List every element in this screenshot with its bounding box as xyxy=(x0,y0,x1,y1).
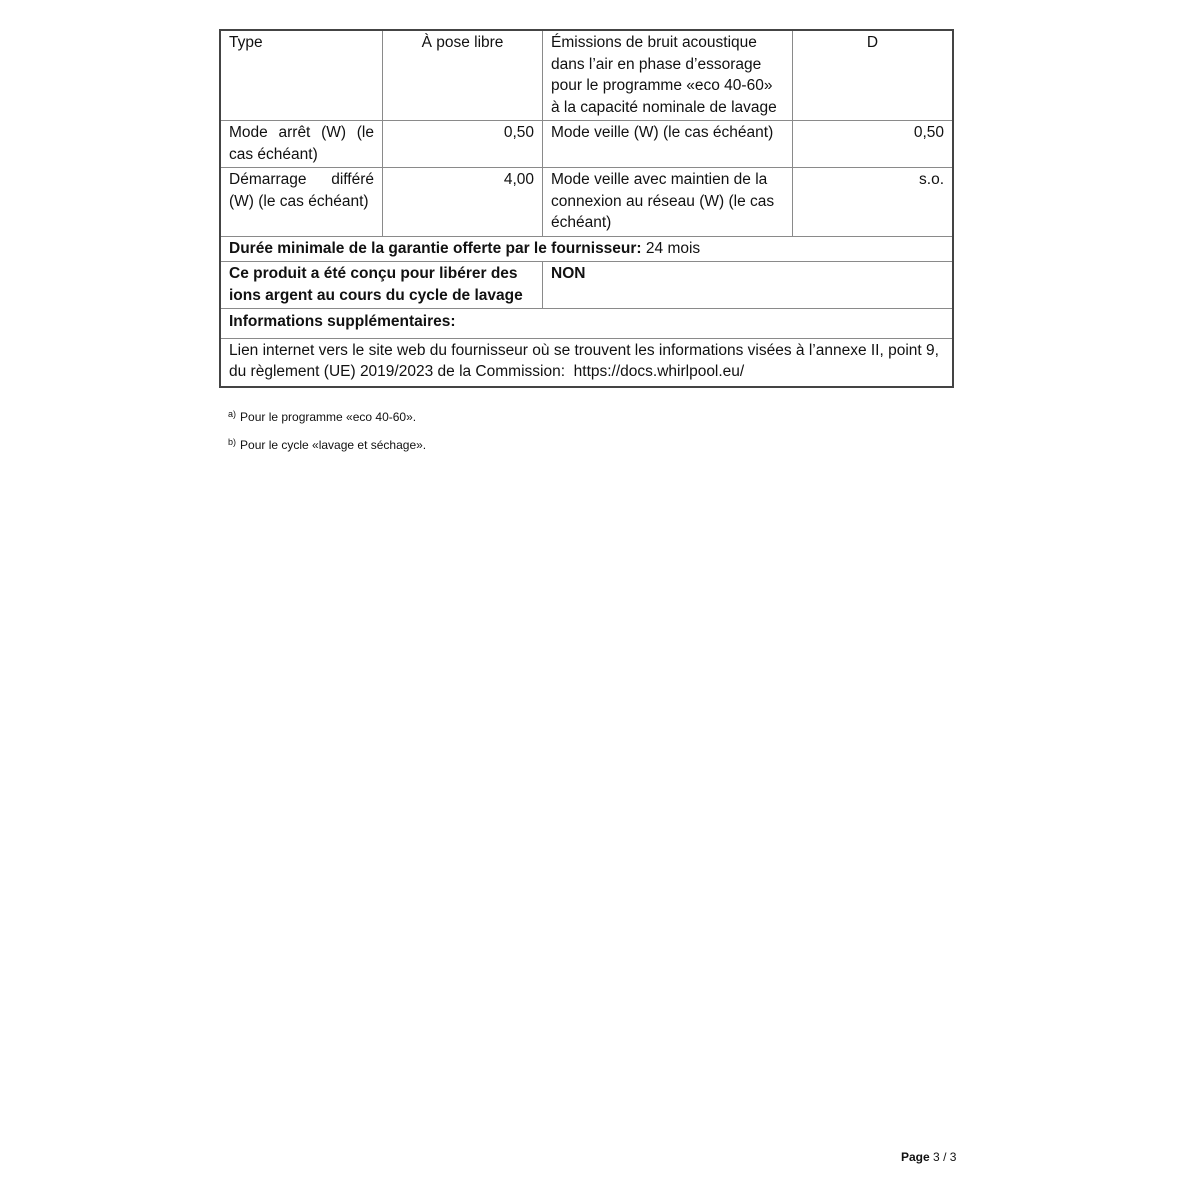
footnote-marker: a) xyxy=(228,409,236,419)
page-number: Page 3 / 3 xyxy=(901,1150,956,1164)
networked-standby-value: s.o. xyxy=(793,168,954,237)
supplier-link-cell: Lien internet vers le site web du fourni… xyxy=(220,338,953,387)
delay-start-value: 4,00 xyxy=(383,168,543,237)
page-label: Page xyxy=(901,1150,930,1164)
footnote-marker: b) xyxy=(228,437,236,447)
off-mode-label: Mode arrêt (W) (le cas échéant) xyxy=(220,121,383,168)
silver-ions-label: Ce produit a été conçu pour libérer des … xyxy=(220,262,543,309)
off-mode-value: 0,50 xyxy=(383,121,543,168)
table-row: Lien internet vers le site web du fourni… xyxy=(220,338,953,387)
table-row: Durée minimale de la garantie offerte pa… xyxy=(220,236,953,262)
delay-start-label: Démarrage différé (W) (le cas échéant) xyxy=(220,168,383,237)
product-info-sheet: Type À pose libre Émissions de bruit aco… xyxy=(219,29,951,388)
warranty-value: 24 mois xyxy=(646,240,700,257)
silver-ions-value: NON xyxy=(543,262,954,309)
table-row: Mode arrêt (W) (le cas échéant) 0,50 Mod… xyxy=(220,121,953,168)
page-separator: / xyxy=(943,1150,946,1164)
networked-standby-label: Mode veille avec maintien de la connexio… xyxy=(543,168,793,237)
footnote: b)Pour le cycle «lavage et séchage». xyxy=(228,430,426,458)
warranty-label: Durée minimale de la garantie offerte pa… xyxy=(229,240,642,257)
table-row: Informations supplémentaires: xyxy=(220,309,953,339)
footnote: a)Pour le programme «eco 40-60». xyxy=(228,402,426,430)
additional-info-label: Informations supplémentaires: xyxy=(220,309,953,339)
standby-mode-label: Mode veille (W) (le cas échéant) xyxy=(543,121,793,168)
type-value: À pose libre xyxy=(383,30,543,121)
noise-emission-value: D xyxy=(793,30,954,121)
warranty-cell: Durée minimale de la garantie offerte pa… xyxy=(220,236,953,262)
page-current: 3 xyxy=(933,1150,940,1164)
table-row: Type À pose libre Émissions de bruit aco… xyxy=(220,30,953,121)
noise-emission-label: Émissions de bruit acoustique dans l’air… xyxy=(543,30,793,121)
footnotes: a)Pour le programme «eco 40-60». b)Pour … xyxy=(228,402,426,458)
type-label: Type xyxy=(220,30,383,121)
product-info-table: Type À pose libre Émissions de bruit aco… xyxy=(219,29,954,388)
page-total: 3 xyxy=(950,1150,957,1164)
supplier-link[interactable]: https://docs.whirlpool.eu/ xyxy=(574,363,745,380)
table-row: Ce produit a été conçu pour libérer des … xyxy=(220,262,953,309)
footnote-text: Pour le cycle «lavage et séchage». xyxy=(240,438,426,452)
footnote-text: Pour le programme «eco 40-60». xyxy=(240,410,416,424)
table-row: Démarrage différé (W) (le cas échéant) 4… xyxy=(220,168,953,237)
standby-mode-value: 0,50 xyxy=(793,121,954,168)
